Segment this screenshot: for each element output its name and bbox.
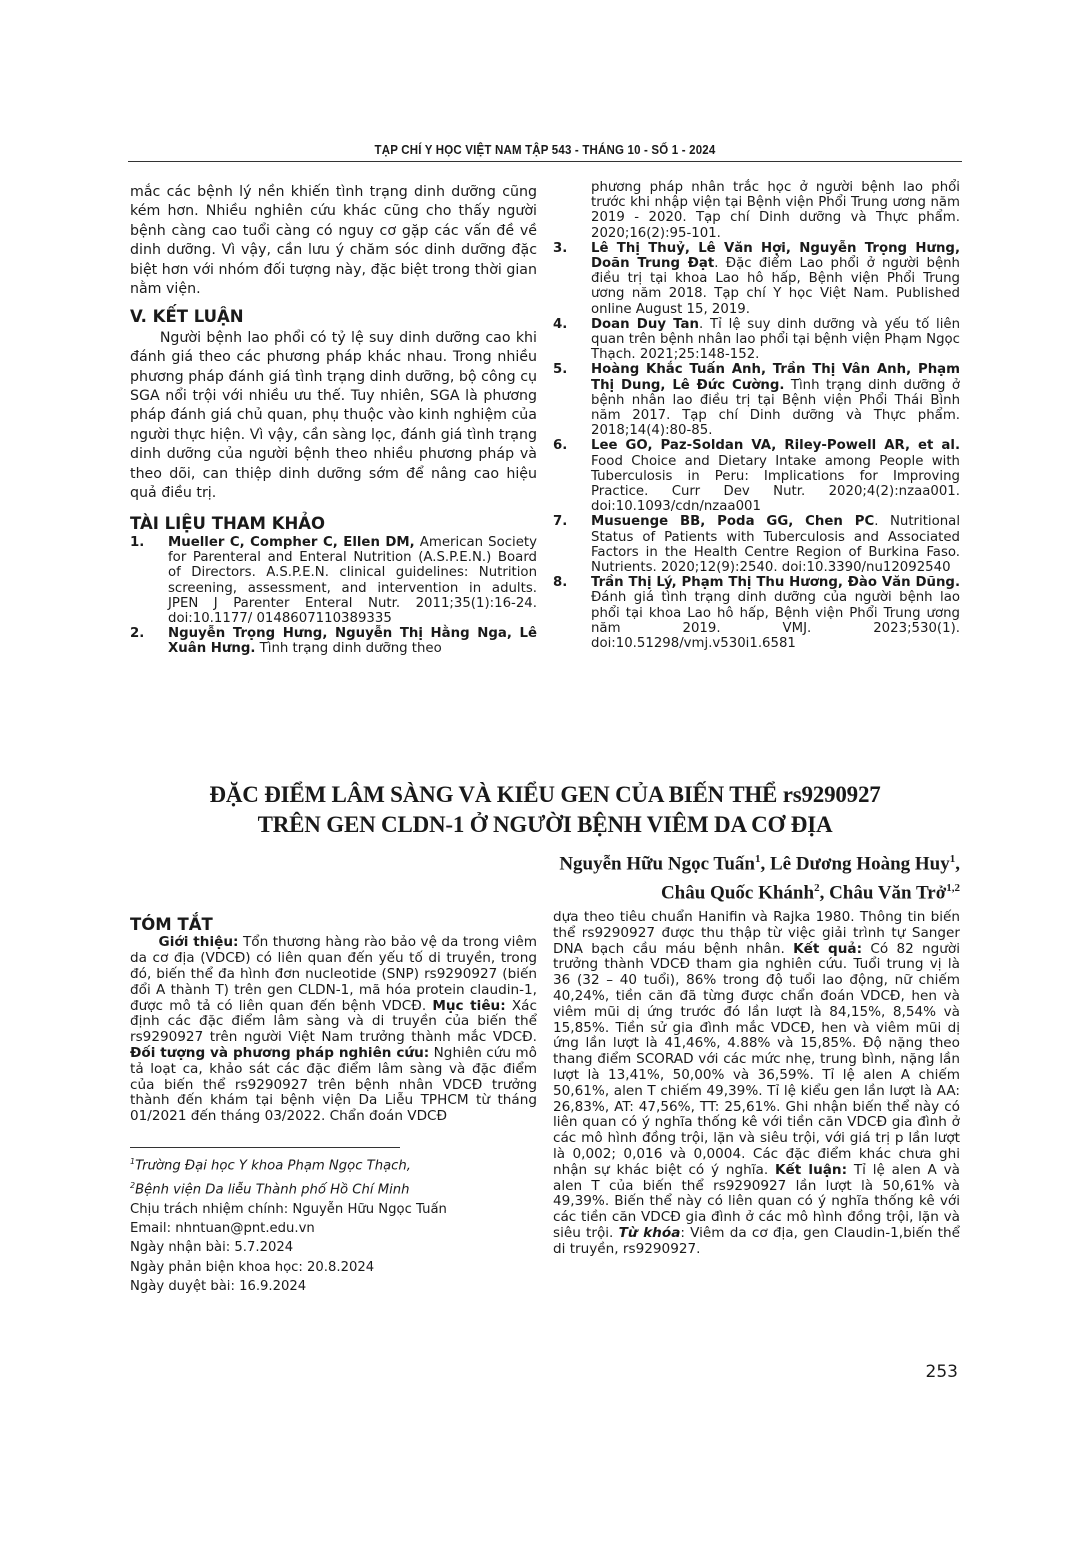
reference-item: 8.Trần Thị Lý, Phạm Thị Thu Hương, Đào V… (553, 575, 960, 651)
abstract-label-intro: Giới thiệu: (159, 934, 239, 950)
prev-article-right-column: phương pháp nhân trắc học ở người bệnh l… (553, 180, 960, 651)
reference-list-continued: phương pháp nhân trắc học ở người bệnh l… (553, 180, 960, 651)
reference-number: 8. (553, 575, 567, 590)
abstract-label-methods: Đối tượng và phương pháp nghiên cứu: (130, 1045, 429, 1061)
reference-number: 7. (553, 514, 567, 529)
abstract-label-objective: Mục tiêu: (432, 998, 505, 1014)
affiliation-1: 1Trường Đại học Y khoa Phạm Ngọc Thạch, (130, 1152, 537, 1176)
reference-item: 3.Lê Thị Thuỷ, Lê Văn Hợi, Nguyễn Trọng … (553, 241, 960, 317)
date-accepted: Ngày duyệt bài: 16.9.2024 (130, 1277, 537, 1296)
author-line-2: Châu Quốc Khánh2, Châu Văn Trở1,2 (559, 876, 960, 905)
author-name: Châu Quốc Khánh (661, 883, 814, 904)
reference-number: 1. (130, 535, 144, 550)
abstract-label-conclusion: Kết luận: (775, 1162, 847, 1178)
reference-item: 7.Musuenge BB, Poda GG, Chen PC. Nutriti… (553, 514, 960, 575)
reference-item: 6.Lee GO, Paz-Soldan VA, Riley-Powell AR… (553, 438, 960, 514)
footnotes: 1Trường Đại học Y khoa Phạm Ngọc Thạch, … (130, 1152, 537, 1297)
journal-header: TẠP CHÍ Y HỌC VIỆT NAM TẬP 543 - THÁNG 1… (161, 143, 928, 157)
reference-authors: Musuenge BB, Poda GG, Chen PC (591, 514, 874, 529)
date-reviewed: Ngày phản biện khoa học: 20.8.2024 (130, 1258, 537, 1277)
reference-authors: Doan Duy Tan (591, 317, 699, 332)
conclusion-paragraph: Người bệnh lao phổi có tỷ lệ suy dinh dư… (130, 329, 537, 504)
abstract-right-column: dựa theo tiêu chuẩn Hanifin và Rajka 198… (553, 910, 960, 1258)
affiliation-2: 2Bệnh viện Da liễu Thành phố Hồ Chí Minh (130, 1176, 537, 1200)
reference-item: 2.Nguyễn Trọng Hưng, Nguyễn Thị Hằng Nga… (130, 626, 537, 656)
abstract-label-results: Kết quả: (793, 941, 862, 957)
author-line-1: Nguyễn Hữu Ngọc Tuấn1, Lê Dương Hoàng Hu… (559, 847, 960, 876)
reference-text: Food Choice and Dietary Intake among Peo… (591, 454, 960, 515)
author-affiliation: 1,2 (946, 882, 960, 894)
reference-number: 5. (553, 362, 567, 377)
reference-text: phương pháp nhân trắc học ở người bệnh l… (591, 180, 960, 241)
reference-authors: Mueller C, Compher C, Ellen DM, (168, 535, 415, 550)
reference-item-continued: phương pháp nhân trắc học ở người bệnh l… (553, 180, 960, 241)
abstract-heading: TÓM TẮT (130, 915, 537, 934)
reference-number: 3. (553, 241, 567, 256)
footnote-divider (130, 1147, 400, 1148)
corresponding-email: Email: nhntuan@pnt.edu.vn (130, 1219, 537, 1238)
author-name: Châu Văn Trở (829, 883, 946, 904)
reference-item: 5.Hoàng Khắc Tuấn Anh, Trần Thị Vân Anh,… (553, 362, 960, 438)
reference-list: 1.Mueller C, Compher C, Ellen DM, Americ… (130, 535, 537, 657)
author-name: Lê Dương Hoàng Huy (770, 853, 950, 874)
date-received: Ngày nhận bài: 5.7.2024 (130, 1238, 537, 1257)
reference-number: 2. (130, 626, 144, 641)
article-title: ĐẶC ĐIỂM LÂM SÀNG VÀ KIỂU GEN CỦA BIẾN T… (130, 780, 960, 840)
header-divider (128, 161, 962, 162)
reference-authors: Trần Thị Lý, Phạm Thị Thu Hương, Đào Văn… (591, 575, 960, 590)
abstract-paragraph-continued: dựa theo tiêu chuẩn Hanifin và Rajka 198… (553, 910, 960, 1258)
reference-item: 1.Mueller C, Compher C, Ellen DM, Americ… (130, 535, 537, 626)
reference-text: Đánh giá tình trạng dinh dưỡng của người… (591, 590, 960, 651)
reference-number: 4. (553, 317, 567, 332)
article-title-line-1: ĐẶC ĐIỂM LÂM SÀNG VÀ KIỂU GEN CỦA BIẾN T… (130, 780, 960, 810)
reference-number: 6. (553, 438, 567, 453)
abstract-label-keywords: Từ khóa (619, 1225, 681, 1241)
body-paragraph: mắc các bệnh lý nền khiến tình trạng din… (130, 183, 537, 299)
article-authors: Nguyễn Hữu Ngọc Tuấn1, Lê Dương Hoàng Hu… (559, 847, 960, 906)
corresponding-author: Chịu trách nhiệm chính: Nguyễn Hữu Ngọc … (130, 1200, 537, 1219)
abstract-left-column: TÓM TẮT Giới thiệu: Tổn thương hàng rào … (130, 915, 537, 1297)
page-number: 253 (926, 1362, 958, 1382)
reference-text: Tình trạng dinh dưỡng theo (255, 641, 441, 656)
prev-article-left-column: mắc các bệnh lý nền khiến tình trạng din… (130, 183, 537, 657)
section-heading-references: TÀI LIỆU THAM KHẢO (130, 514, 537, 533)
article-title-line-2: TRÊN GEN CLDN-1 Ở NGƯỜI BỆNH VIÊM DA CƠ … (130, 810, 960, 840)
author-name: Nguyễn Hữu Ngọc Tuấn (559, 853, 755, 874)
abstract-paragraph: Giới thiệu: Tổn thương hàng rào bảo vệ d… (130, 935, 537, 1125)
section-heading-conclusion: V. KẾT LUẬN (130, 307, 537, 326)
reference-item: 4.Doan Duy Tan. Tỉ lệ suy dinh dưỡng và … (553, 317, 960, 363)
reference-authors: Lee GO, Paz-Soldan VA, Riley-Powell AR, … (591, 438, 960, 453)
